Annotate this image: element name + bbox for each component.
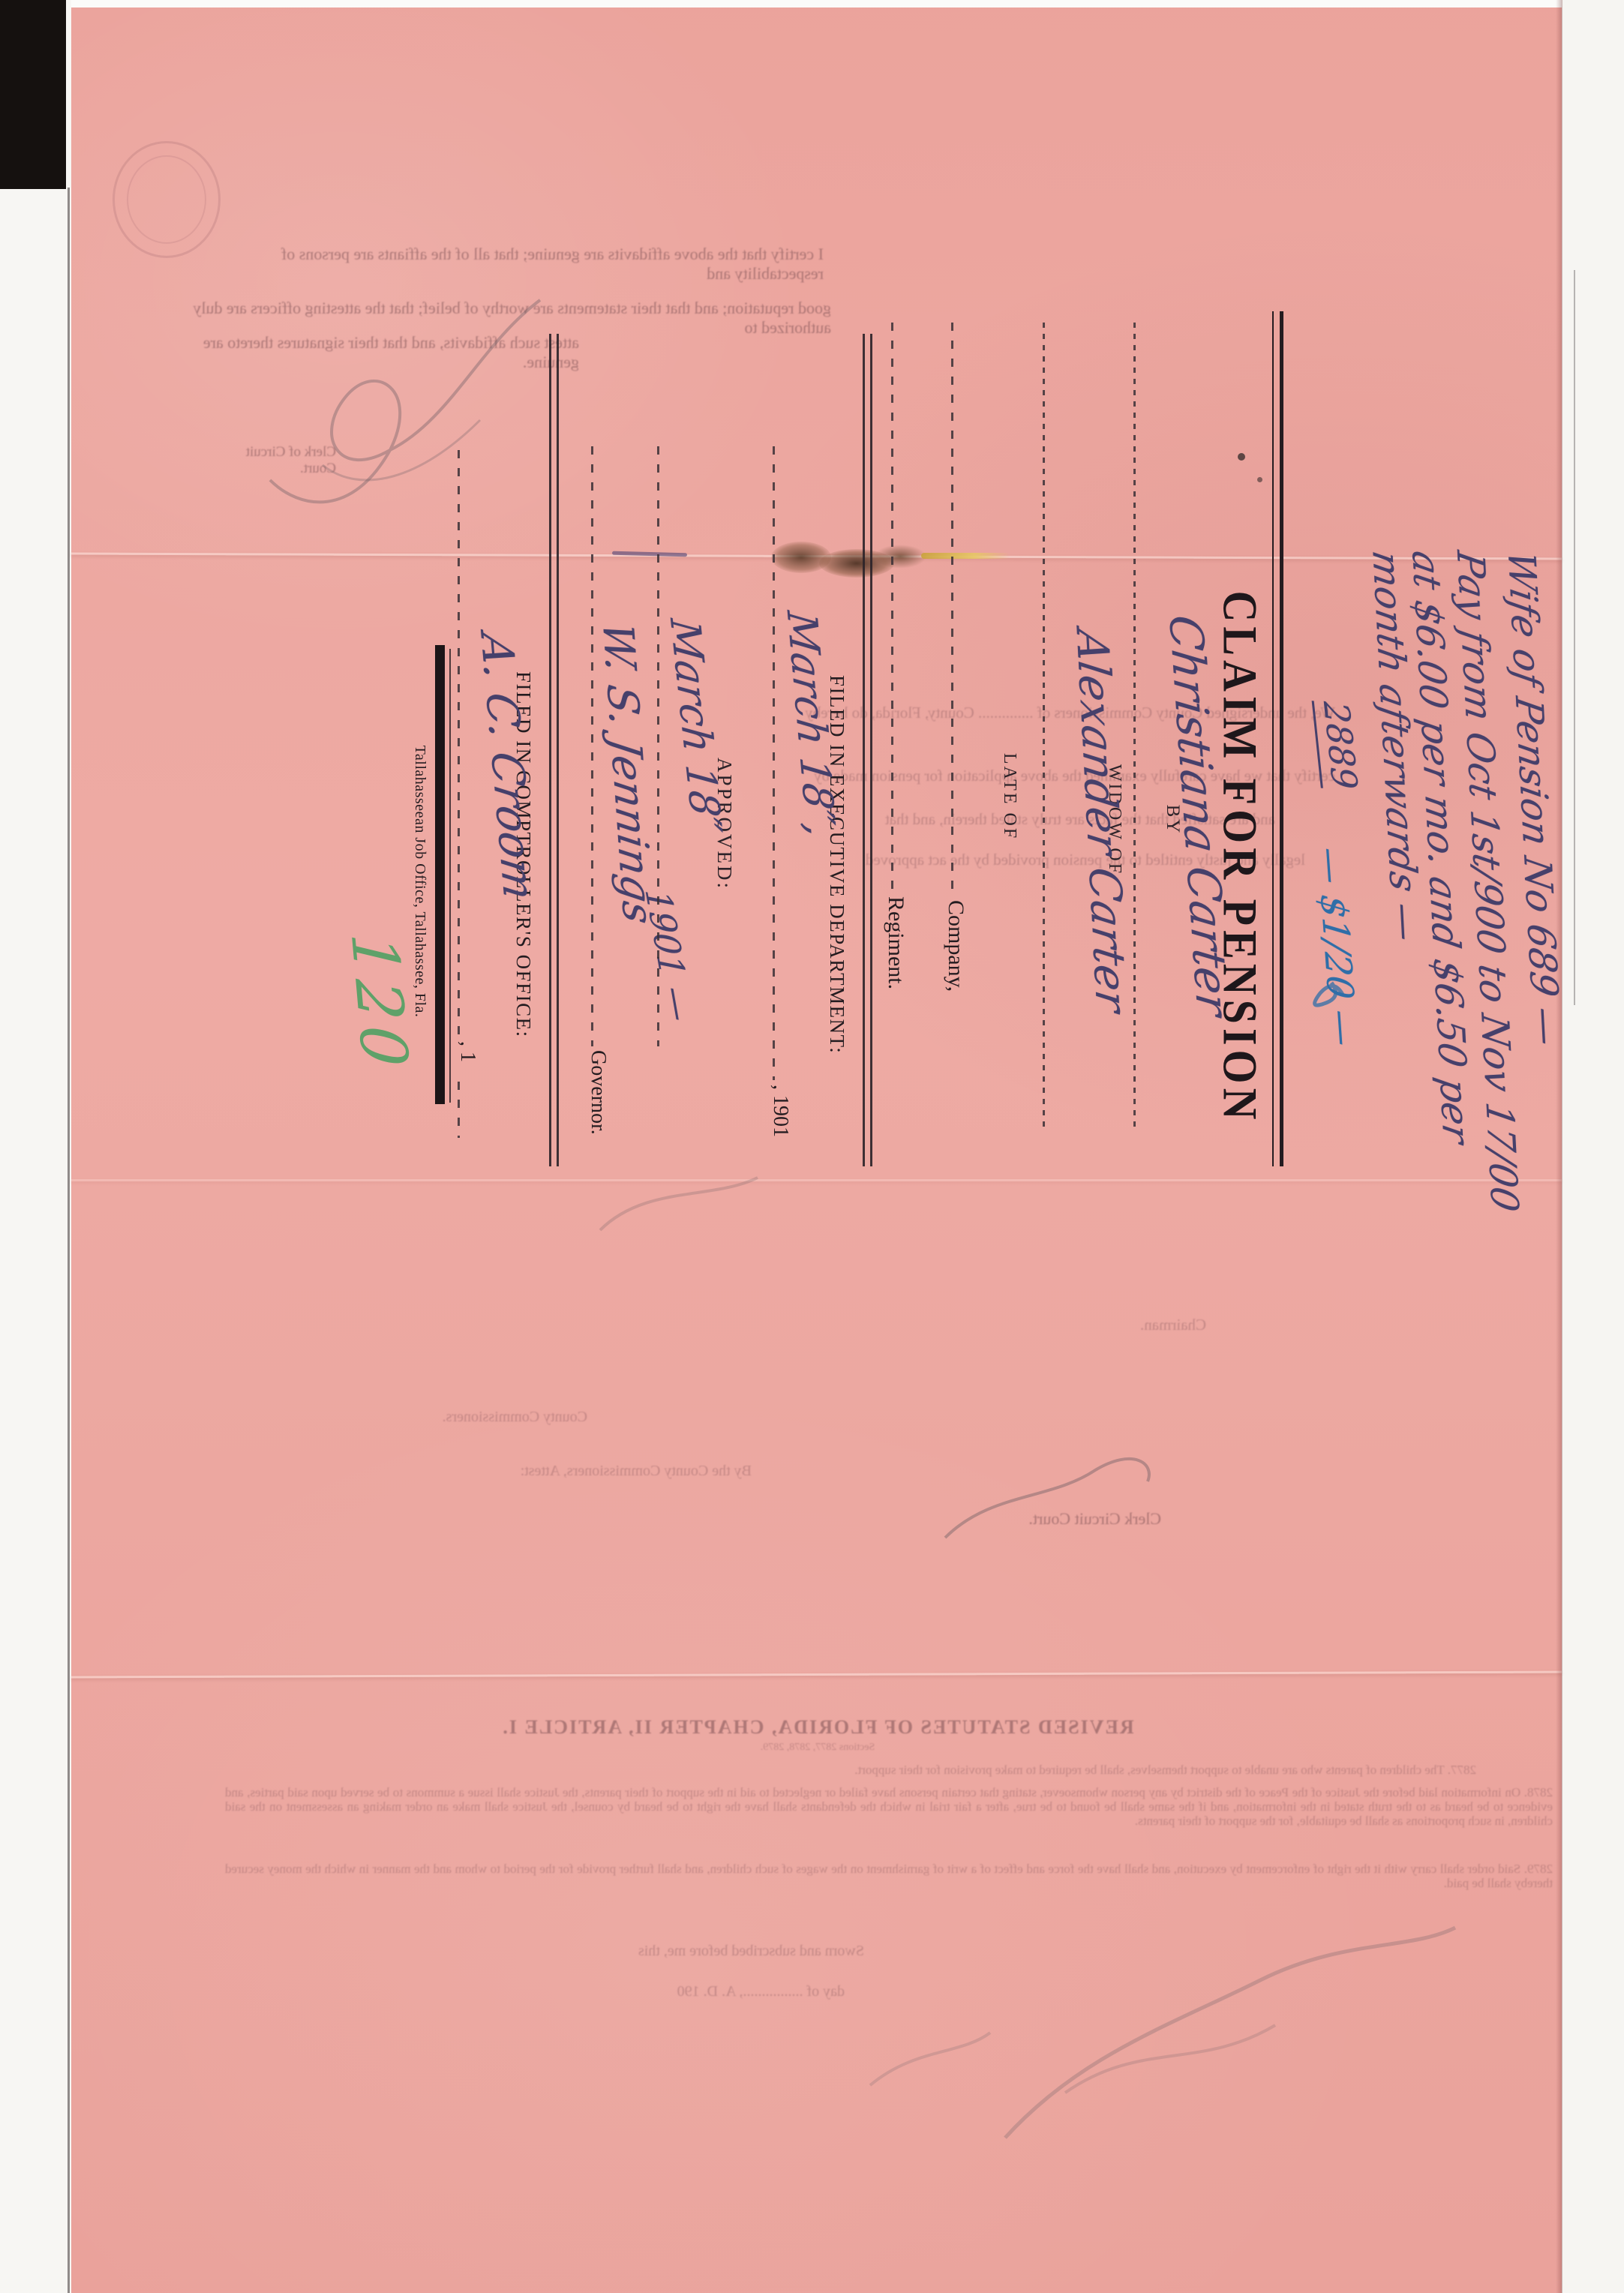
regiment-line xyxy=(891,323,893,889)
green-number-container: 120 xyxy=(341,926,416,1076)
governor-signature-line xyxy=(591,446,593,1046)
section-double-rule xyxy=(549,334,559,1166)
governor-signature-handwritten: W. S. Jennings xyxy=(593,620,663,927)
pencil-signature-scrawl xyxy=(1065,2025,1275,2093)
green-number-handwritten: 120 xyxy=(337,932,423,1074)
scanned-document: I certify that the above affidavits are … xyxy=(0,0,1624,2293)
regiment-label: Regiment. xyxy=(883,896,908,989)
section-double-rule xyxy=(863,334,872,1166)
exec-year-printed: , 1901 xyxy=(768,1085,792,1137)
governor-label: Governor. xyxy=(586,1050,610,1135)
company-label: Company, xyxy=(943,900,968,992)
soldier-name-handwritten: Alexander Carter xyxy=(1066,627,1137,1015)
pension-form: CLAIM FOR PENSION BY Christiana Carter W… xyxy=(409,293,1283,1170)
approved-date-handwritten: March 18″ xyxy=(661,617,731,833)
blue-amount-handwritten: — $1/20 — xyxy=(1308,845,1364,1048)
pencil-scrawl xyxy=(870,2033,990,2085)
pencil-signature-scrawl xyxy=(945,1459,1149,1538)
margin-annotations: Wife of Pension No 689 — Pay from Oct 1s… xyxy=(1284,293,1562,1170)
top-double-rule xyxy=(1272,311,1283,1166)
bottom-thin-rule xyxy=(449,649,451,1103)
printer-imprint: Tallahasseean Job Office, Tallahassee, F… xyxy=(411,566,428,1196)
soldier-name-line xyxy=(1043,323,1045,1129)
exec-date-line xyxy=(773,446,775,1080)
comptroller-line-text: , 1 xyxy=(455,1041,479,1062)
exec-filed-date-handwritten: March 18″, xyxy=(777,609,845,839)
case-number-handwritten: 2889 xyxy=(1312,701,1366,790)
comptroller-date-line-end xyxy=(458,1082,460,1138)
pencil-signature-scrawl xyxy=(1005,1928,1455,2138)
approved-date-line xyxy=(657,446,659,1046)
comptroller-date-line xyxy=(458,450,460,1035)
late-of-label: LATE OF xyxy=(999,519,1019,1074)
company-line xyxy=(951,323,953,893)
bottom-heavy-bar xyxy=(435,645,445,1104)
pencil-scrawl xyxy=(600,1178,758,1230)
